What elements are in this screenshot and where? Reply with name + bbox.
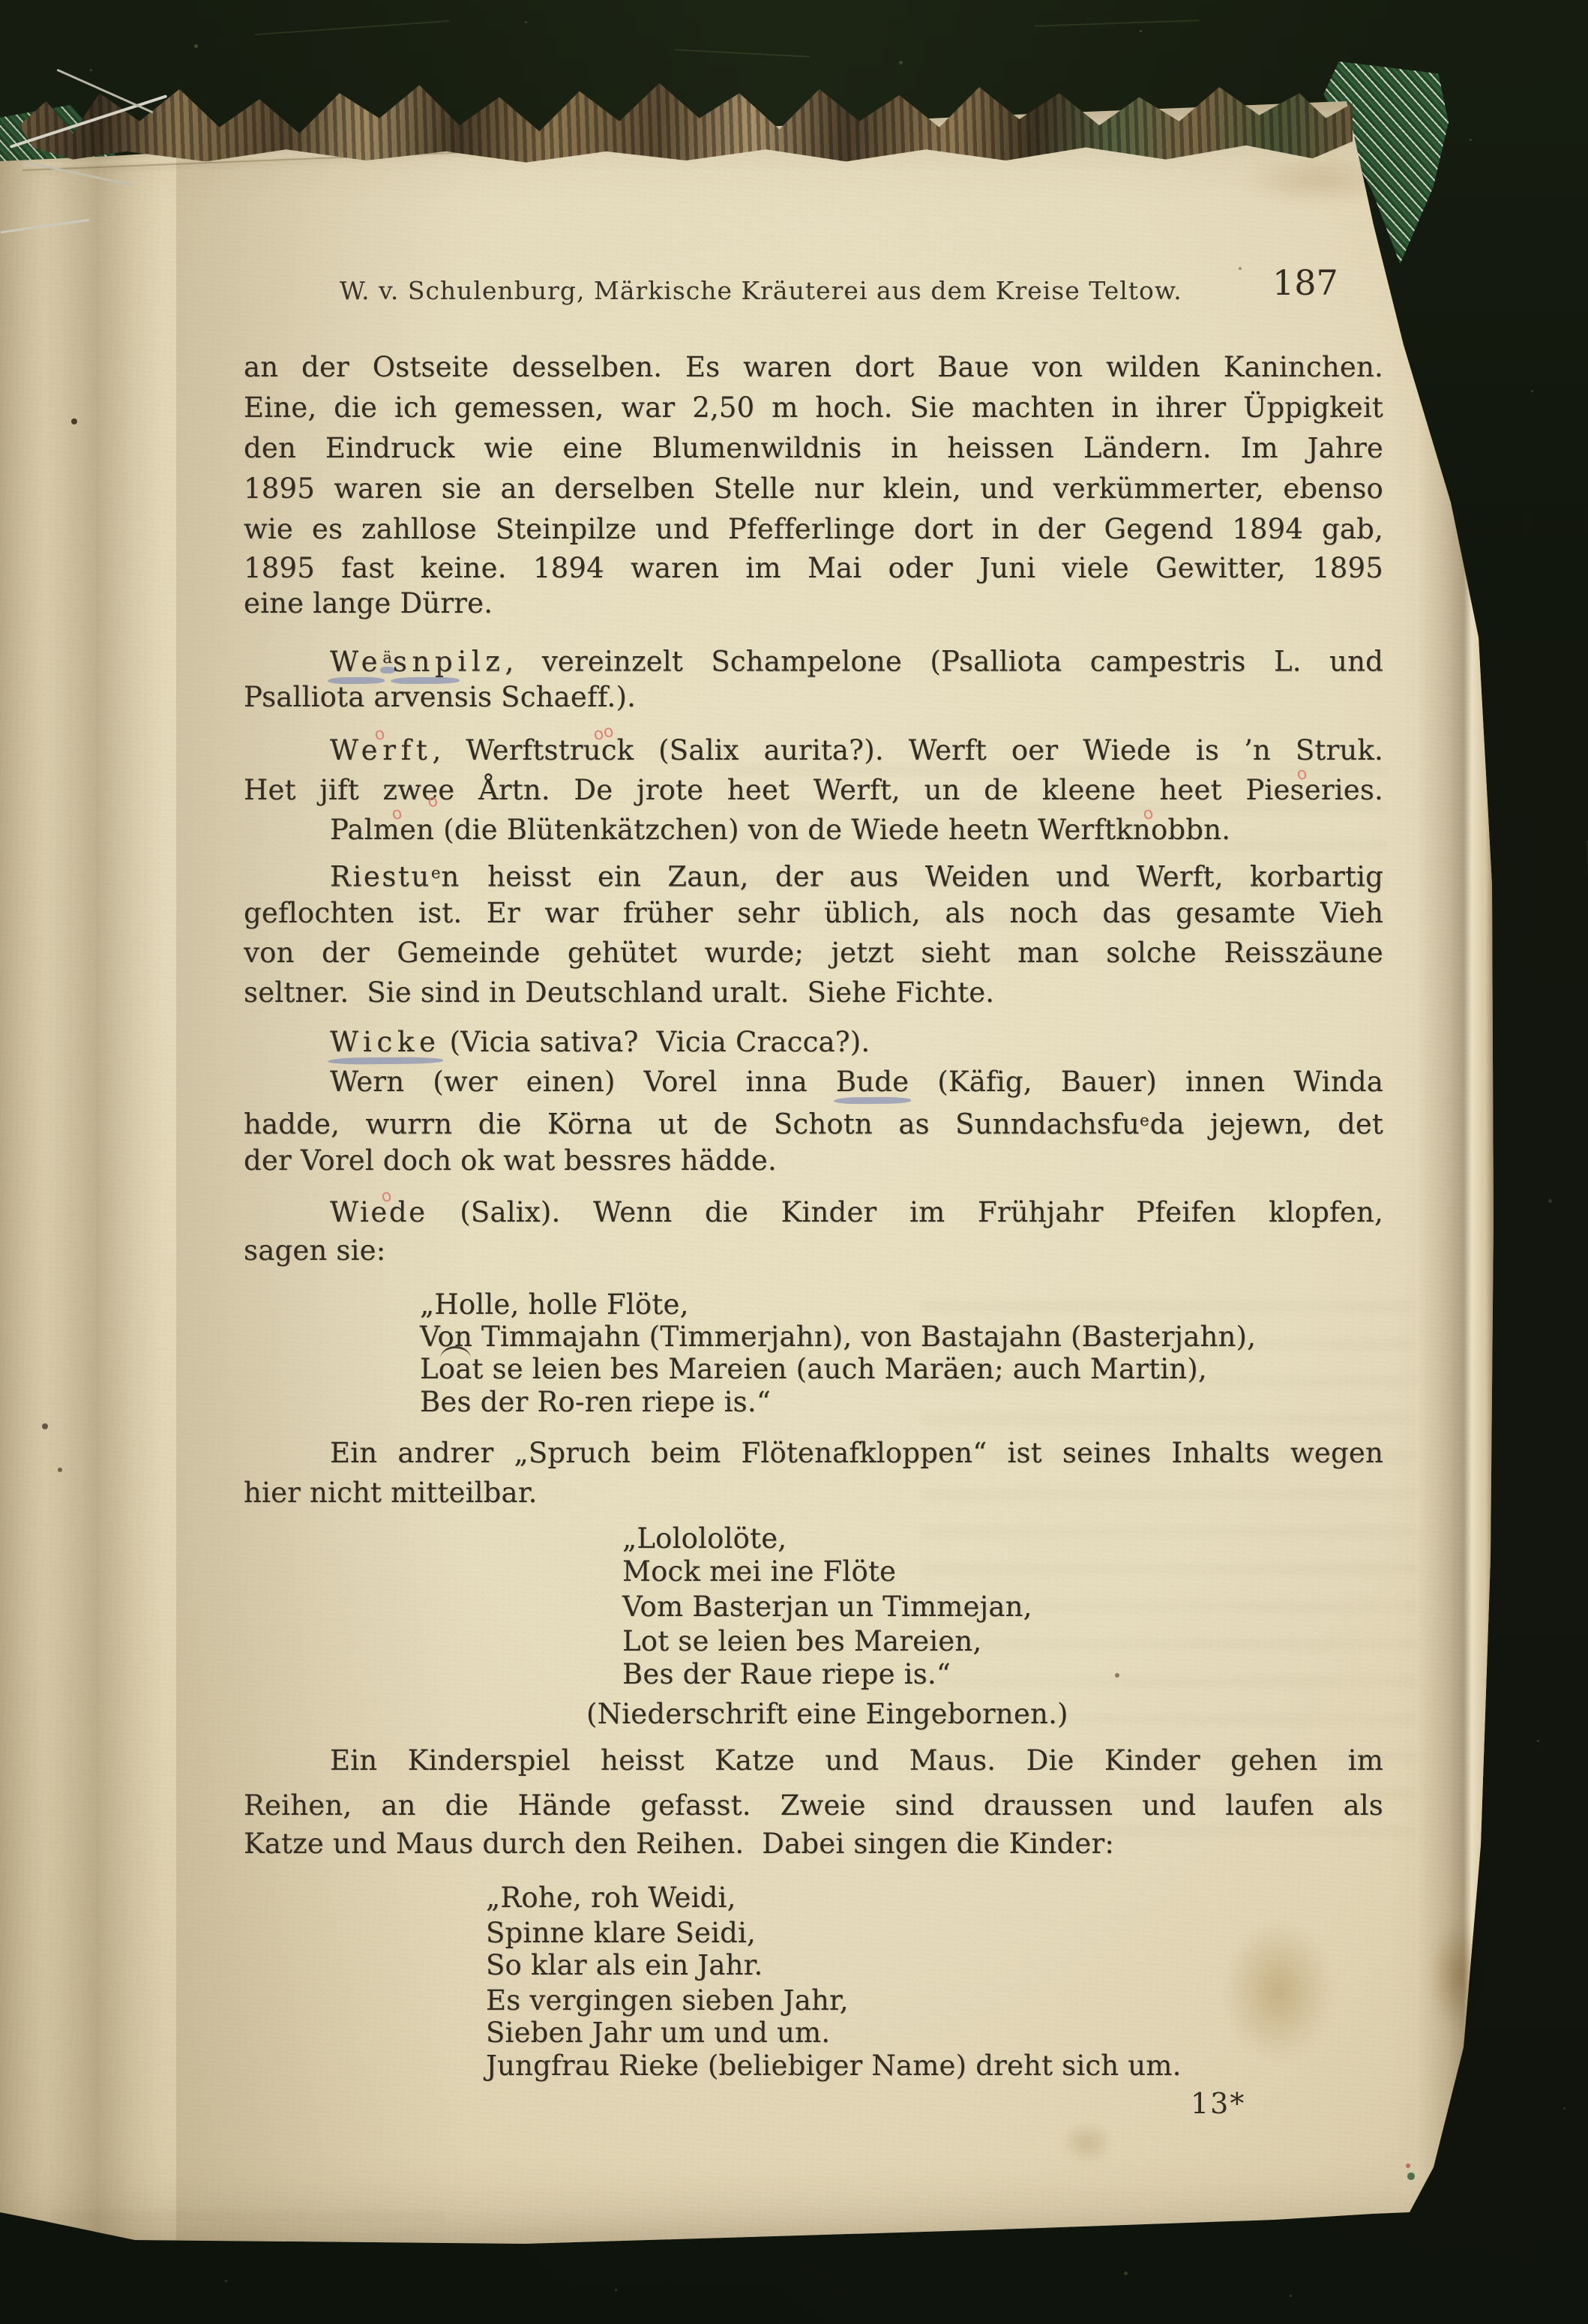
text-segment: 1895 fast keine. 1894 waren im Mai oder …: [244, 552, 1383, 584]
page-number: 187: [1272, 262, 1338, 303]
text-segment: Katze und Maus durch den Reihen. Dabei s…: [244, 1828, 1114, 1860]
text-segment: So klar als ein Jahr.: [486, 1949, 763, 1981]
text-segment: der Vorel doch ok wat bessres hädde.: [244, 1144, 777, 1177]
text-segment: Sieben Jahr um und um.: [486, 2017, 830, 2049]
text-segment: sagen sie:: [244, 1234, 385, 1267]
text-line: Wicke (Vicia sativa? Vicia Cracca?).: [330, 1024, 870, 1061]
text-segment: eries.: [1305, 774, 1383, 806]
text-segment: (Salix). Wenn die Kinder im Frühjahr Pfe…: [427, 1196, 1383, 1228]
text-segment: hier nicht mitteilbar.: [244, 1477, 538, 1509]
text-segment: Palm: [330, 814, 400, 846]
text-line: Bes der Raue riepe is.“: [622, 1656, 951, 1693]
text-segment: (Käfig, Bauer) innen Winda: [909, 1066, 1383, 1098]
text-segment: an der Ostseite desselben. Es waren dort…: [244, 351, 1383, 383]
text-segment: Jungfrau Rieke (beliebiger Name) dreht s…: [486, 2050, 1182, 2082]
text-segment: Es vergingen sieben Jahr,: [486, 1984, 849, 2017]
text-line: „Lolololöte,: [622, 1520, 787, 1558]
text-segment: rft: [382, 734, 432, 766]
text-segment: geflochten ist. Er war früher sehr üblic…: [244, 897, 1383, 929]
text-segment: von der Gemeinde gehütet wurde; jetzt si…: [244, 937, 1383, 969]
text-line: Sieben Jahr um und um.: [486, 2014, 830, 2052]
text-line: Ein Kinderspiel heisst Katze und Maus. D…: [330, 1742, 1383, 1780]
blue-underlined-word: We: [330, 646, 382, 678]
text-line: seltner. Sie sind in Deutschland uralt. …: [244, 974, 994, 1012]
text-line: Het jift zweoe Årtn. De jrote heet Werft…: [244, 772, 1383, 814]
text-line: Psalliota arvensis Schaeff.).: [244, 679, 636, 716]
text-segment: Psalliota arvensis Schaeff.).: [244, 681, 636, 713]
text-line: wie es zahllose Steinpilze und Pfefferli…: [244, 511, 1383, 548]
text-line: den Eindruck wie eine Blumenwildnis in h…: [244, 430, 1383, 467]
text-segment: de: [389, 1196, 427, 1228]
text-segment: Ein Kinderspiel heisst Katze und Maus. D…: [330, 1744, 1383, 1777]
text-line: Mock mei ine Flöte: [622, 1553, 896, 1591]
text-segment: „Holle, holle Flöte,: [420, 1288, 689, 1321]
text-line: Weäsnpilz, vereinzelt Schampelone (Psall…: [330, 640, 1383, 681]
text-line: Eine, die ich gemessen, war 2,50 m hoch.…: [244, 389, 1383, 427]
text-segment: t se leien bes Mareien (auch Maräen; auc…: [472, 1353, 1207, 1385]
text-segment: We: [330, 734, 382, 766]
blue-underlined-word: snp: [393, 646, 457, 678]
text-line: von der Gemeinde gehütet wurde; jetzt si…: [244, 934, 1383, 972]
running-title: W. v. Schulenburg, Märkische Kräuterei a…: [340, 276, 1182, 305]
printer-signature-mark: 13*: [1191, 2087, 1245, 2120]
text-segment: e: [1140, 1111, 1150, 1130]
text-line: 1895 fast keine. 1894 waren im Mai oder …: [244, 550, 1383, 587]
ink-specks: [0, 0, 3, 3]
text-segment: , Werftstru: [432, 734, 601, 766]
text-line: Lot se leien bes Mareien,: [622, 1623, 981, 1660]
text-segment: hadde, wurrn die Körna ut de Schotn as S…: [244, 1108, 1140, 1141]
scanned-book-photo: { "document": { "kind": "scanned book pa…: [0, 0, 1588, 2324]
text-segment: „Lolololöte,: [622, 1522, 787, 1555]
blue-underlined-word: Bude: [836, 1066, 909, 1098]
blue-underlined-word: Wicke: [330, 1026, 441, 1058]
text-segment: obbn.: [1151, 814, 1230, 846]
text-segment: ck (Salix aurita?). Werft oer Wiede is ’…: [601, 734, 1383, 766]
text-line: hier nicht mitteilbar.: [244, 1474, 538, 1512]
text-segment: Het jift zwe: [244, 774, 438, 806]
text-line: Wern (wer einen) Vorel inna Bude (Käfig,…: [330, 1063, 1383, 1101]
text-segment: Ein andrer „Spruch beim Flötenafkloppen“…: [330, 1437, 1383, 1469]
text-line: (Niederschrift eine Eingebornen.): [586, 1696, 1068, 1733]
text-line: Bes der Ro-ren riepe is.“: [420, 1384, 771, 1421]
text-segment: n: [441, 861, 460, 893]
text-segment: da jejewn, det: [1150, 1108, 1383, 1141]
text-segment: , vereinzelt Schampelone (Psalliota camp…: [505, 646, 1383, 678]
printed-text-layer: W. v. Schulenburg, Märkische Kräuterei a…: [0, 0, 1588, 2324]
text-line: der Vorel doch ok wat bessres hädde.: [244, 1142, 777, 1180]
text-line: Ein andrer „Spruch beim Flötenafkloppen“…: [330, 1435, 1383, 1472]
text-line: Loat se leien bes Mareien (auch Maräen; …: [420, 1351, 1207, 1388]
text-segment: Reihen, an die Hände gefasst. Zweie sind…: [244, 1789, 1383, 1822]
text-segment: ilz: [457, 646, 505, 678]
text-line: Weorft, Werftstruoock (Salix aurita?). W…: [330, 732, 1383, 774]
text-segment: (Niederschrift eine Eingebornen.): [586, 1698, 1068, 1730]
text-segment: oa: [439, 1353, 472, 1385]
text-segment: „Rohe, roh Weidi,: [486, 1882, 736, 1914]
text-segment: Wie: [330, 1196, 389, 1228]
text-line: Wieode (Salix). Wenn die Kinder im Frühj…: [330, 1194, 1383, 1236]
text-segment: wie es zahllose Steinpilze und Pfefferli…: [244, 513, 1383, 545]
text-segment: Lot se leien bes Mareien,: [622, 1625, 981, 1657]
text-line: „Rohe, roh Weidi,: [486, 1879, 736, 1917]
text-segment: heisst ein Zaun, der aus Weiden und Werf…: [461, 861, 1383, 893]
text-line: Riestuen heisst ein Zaun, der aus Weiden…: [330, 855, 1383, 896]
text-segment: Von Timmajahn (Timmerjahn), von Bastajah…: [420, 1321, 1256, 1353]
text-line: Palmoen (die Blütenkätzchen) von de Wied…: [330, 811, 1230, 853]
text-line: hadde, wurrn die Körna ut de Schotn as S…: [244, 1102, 1383, 1144]
text-segment: e: [431, 864, 442, 883]
text-segment: e Årtn. De jrote heet Werft, un de kleen…: [438, 774, 1305, 806]
text-segment: Vom Basterjan un Timmejan,: [622, 1591, 1032, 1623]
blue-underlined-word: ä: [382, 649, 393, 667]
text-segment: Wern (wer einen) Vorel inna: [330, 1066, 836, 1098]
text-segment: (Vicia sativa? Vicia Cracca?).: [441, 1026, 870, 1058]
text-segment: Mock mei ine Flöte: [622, 1555, 896, 1588]
text-line: Reihen, an die Hände gefasst. Zweie sind…: [244, 1787, 1383, 1825]
text-segment: Bes der Raue riepe is.“: [622, 1658, 951, 1690]
text-segment: 1895 waren sie an derselben Stelle nur k…: [244, 472, 1383, 505]
text-segment: eine lange Dürre.: [244, 587, 493, 619]
text-segment: Eine, die ich gemessen, war 2,50 m hoch.…: [244, 391, 1383, 424]
text-segment: Riestu: [330, 861, 431, 893]
text-segment: L: [420, 1353, 439, 1385]
text-line: So klar als ein Jahr.: [486, 1947, 763, 1984]
text-segment: den Eindruck wie eine Blumenwildnis in h…: [244, 432, 1383, 464]
text-line: 1895 waren sie an derselben Stelle nur k…: [244, 470, 1383, 508]
text-line: Jungfrau Rieke (beliebiger Name) dreht s…: [486, 2047, 1182, 2085]
text-line: eine lange Dürre.: [244, 585, 493, 622]
text-line: geflochten ist. Er war früher sehr üblic…: [244, 895, 1383, 932]
text-segment: seltner. Sie sind in Deutschland uralt. …: [244, 976, 994, 1009]
text-line: an der Ostseite desselben. Es waren dort…: [244, 349, 1383, 386]
text-line: sagen sie:: [244, 1232, 385, 1270]
text-line: Katze und Maus durch den Reihen. Dabei s…: [244, 1825, 1114, 1863]
text-segment: Bes der Ro-ren riepe is.“: [420, 1386, 771, 1418]
text-segment: Spinne klare Seidi,: [486, 1917, 756, 1949]
text-line: Vom Basterjan un Timmejan,: [622, 1588, 1032, 1626]
text-segment: en (die Blütenkätzchen) von de Wiede hee…: [400, 814, 1151, 846]
